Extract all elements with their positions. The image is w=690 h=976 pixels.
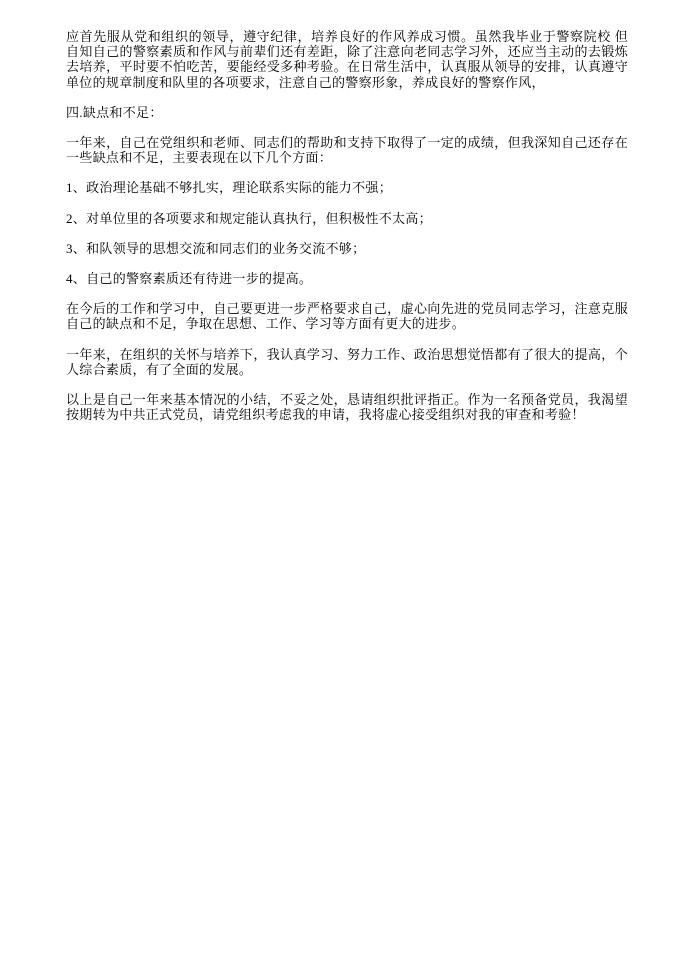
paragraph-body-3: 在今后的工作和学习中，自己要更进一步严格要求自己，虚心向先进的党员同志学习，注意…: [66, 301, 628, 331]
paragraph-closing: 以上是自己一年来基本情况的小结，不妥之处，恳请组织批评指正。作为一名预备党员，我…: [66, 392, 628, 422]
document-page: 应首先服从党和组织的领导，遵守纪律，培养良好的作风养成习惯。虽然我毕业于警察院校…: [0, 0, 690, 976]
section-heading-shortcomings: 四.缺点和不足：: [66, 105, 628, 120]
paragraph-body-1: 应首先服从党和组织的领导，遵守纪律，培养良好的作风养成习惯。虽然我毕业于警察院校…: [66, 29, 628, 90]
list-item-2: 2、对单位里的各项要求和规定能认真执行，但积极性不太高；: [66, 211, 628, 226]
list-item-4: 4、自己的警察素质还有待进一步的提高。: [66, 271, 628, 286]
list-item-3: 3、和队领导的思想交流和同志们的业务交流不够；: [66, 241, 628, 256]
list-item-1: 1、政治理论基础不够扎实，理论联系实际的能力不强；: [66, 180, 628, 195]
paragraph-body-4: 一年来，在组织的关怀与培养下，我认真学习、努力工作、政治思想觉悟都有了很大的提高…: [66, 347, 628, 377]
paragraph-body-2: 一年来，自己在党组织和老师、同志们的帮助和支持下取得了一定的成绩，但我深知自己还…: [66, 135, 628, 165]
